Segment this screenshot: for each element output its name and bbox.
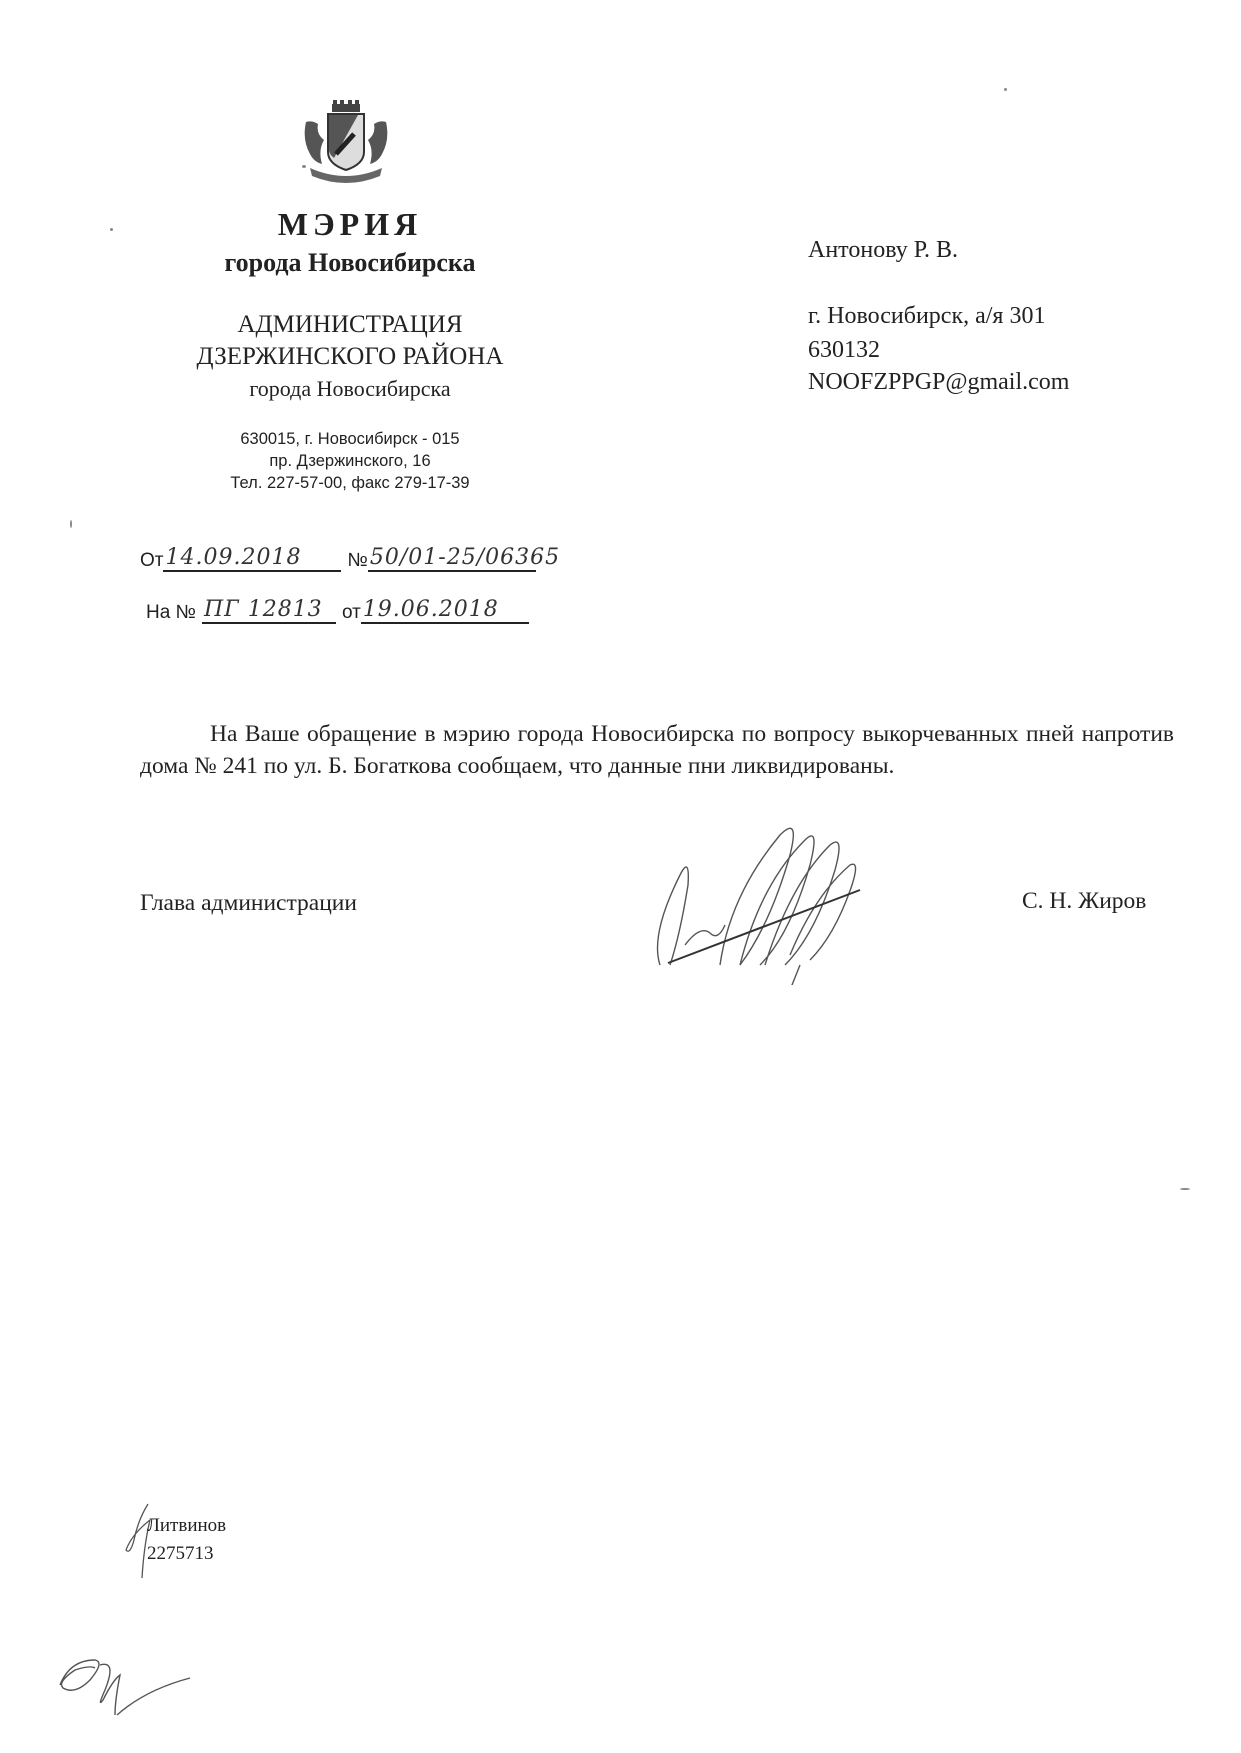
incoming-reference: На № ПГ 12813 от 19.06.2018 (146, 598, 529, 624)
scan-speck (110, 228, 113, 231)
admin-line-2: ДЗЕРЖИНСКОГО РАЙОНА (140, 343, 560, 371)
approval-initials-icon (55, 1640, 195, 1720)
signatory-role: Глава администрации (140, 890, 357, 917)
admin-line-1: АДМИНИСТРАЦИЯ (140, 311, 560, 339)
outgoing-reference: От 14.09.2018 № 50/01-25/06365 (140, 546, 536, 572)
scan-speck (70, 520, 72, 528)
outgoing-date: 14.09.2018 (163, 546, 341, 572)
admin-line-3: города Новосибирска (140, 376, 560, 402)
org-address-line-1: 630015, г. Новосибирск - 015 (160, 430, 540, 449)
reply-to-label: На № (146, 602, 196, 624)
letter-body: На Ваше обращение в мэрию города Новосиб… (140, 718, 1174, 782)
org-city: города Новосибирска (160, 248, 540, 278)
org-title: МЭРИЯ (160, 206, 540, 243)
initials-mark-icon (120, 1500, 160, 1580)
executor-phone: 2275713 (147, 1543, 214, 1565)
recipient-address: г. Новосибирск, а/я 301 (808, 303, 1045, 330)
signatory-name: С. Н. Жиров (1022, 888, 1146, 915)
signature-icon (640, 815, 900, 985)
reply-date-label: от (342, 602, 361, 624)
scan-speck (1180, 1188, 1190, 1190)
number-label: № (347, 550, 367, 572)
coat-of-arms-icon (296, 100, 396, 186)
org-address-line-2: пр. Дзержинского, 16 (160, 452, 540, 471)
outgoing-number: 50/01-25/06365 (368, 546, 536, 572)
incoming-date: 19.06.2018 (361, 598, 529, 624)
recipient-postal-code: 630132 (808, 337, 880, 364)
executor-name: Литвинов (147, 1515, 226, 1537)
from-label: От (140, 550, 163, 572)
org-contacts: Тел. 227-57-00, факс 279-17-39 (160, 474, 540, 493)
recipient-name: Антонову Р. В. (808, 237, 958, 264)
incoming-number: ПГ 12813 (202, 598, 336, 624)
scan-speck (302, 165, 306, 168)
recipient-email: NOOFZPPGP@gmail.com (808, 369, 1069, 396)
scan-speck (1004, 88, 1007, 91)
